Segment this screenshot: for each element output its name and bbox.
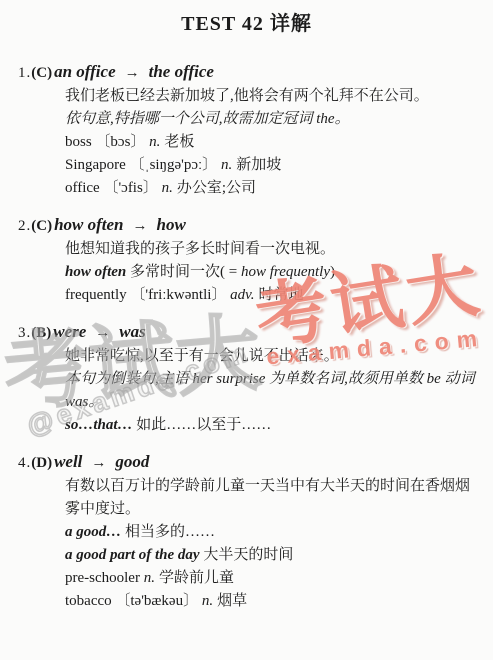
arrow-icon: → [91,455,106,471]
text-segment: 如此……以至于…… [133,417,272,433]
text-segment: so…that… [65,417,133,433]
answer-letter: (B) [31,325,51,341]
explanation-line: office 〔'ɔfis〕 n.办公室;公司 [65,177,477,200]
item-body: 她非常吃惊,以至于有一会儿说不出话来。本句为倒装句,主语 her surpris… [65,345,477,437]
text-segment: a good part of the day [65,547,200,563]
text-segment: 多常时间一次( = [126,264,241,280]
explanation-line: how often 多常时间一次( = how frequently) [65,261,477,284]
explanation-line: a good… 相当多的…… [65,521,477,544]
text-segment: 她非常吃惊,以至于有一会儿说不出话来。 [65,348,339,364]
text-segment: 相当多的…… [121,524,215,540]
item-header: 3.(B)were→was [18,322,477,342]
explanation-line: 依句意,特指哪一个公司,故需加定冠词 the。 [65,108,477,131]
item-number: 4. [18,455,31,471]
explanation-line: a good part of the day 大半天的时间 [65,544,477,567]
text-segment: 学龄前儿童 [159,570,234,586]
text-segment: n. [202,593,213,609]
text-segment: 有数以百万计的学龄前儿童一天当中有大半天的时间在香烟烟雾中度过。 [65,478,470,517]
text-segment: 大半天的时间 [200,547,294,563]
explanation-line: 他想知道我的孩子多长时间看一次电视。 [65,238,477,261]
correct-phrase: the office [149,62,214,81]
correct-phrase: how [157,215,186,234]
arrow-icon: → [125,65,140,81]
text-segment: frequently 〔'friːkwəntli〕 [65,287,230,303]
arrow-icon: → [133,218,148,234]
explanation-line: 有数以百万计的学龄前儿童一天当中有大半天的时间在香烟烟雾中度过。 [65,475,477,521]
explanation-item: 1.(C)an office→the office我们老板已经去新加坡了,他将会… [18,62,477,200]
explanation-list: 1.(C)an office→the office我们老板已经去新加坡了,他将会… [0,36,493,613]
text-segment: 烟草 [217,593,247,609]
text-segment: a good… [65,524,121,540]
text-segment: n. [144,570,155,586]
item-header: 2.(C)how often→how [18,215,477,235]
explanation-line: tobacco 〔tə'bækəu〕 n.烟草 [65,590,477,613]
correct-phrase: was [119,322,145,341]
arrow-icon: → [95,325,110,341]
text-segment: adv. [230,287,254,303]
text-segment: tobacco 〔tə'bækəu〕 [65,593,202,609]
explanation-item: 4.(D)well→good有数以百万计的学龄前儿童一天当中有大半天的时间在香烟… [18,452,477,613]
text-segment: 我们老板已经去新加坡了,他将会有两个礼拜不在公司。 [65,88,429,104]
answer-letter: (D) [31,455,52,471]
text-segment: how often [65,264,126,280]
explanation-line: Singapore 〔ˌsiŋgə'pɔː〕 n.新加坡 [65,154,477,177]
text-segment: 他想知道我的孩子多长时间看一次电视。 [65,241,335,257]
text-segment: ) [330,264,335,280]
item-body: 他想知道我的孩子多长时间看一次电视。how often 多常时间一次( = ho… [65,238,477,307]
explanation-line: frequently 〔'friːkwəntli〕 adv.时常地 [65,284,477,307]
item-number: 3. [18,325,31,341]
text-segment: n. [162,180,173,196]
text-segment: how frequently [241,264,330,280]
explanation-line: so…that… 如此……以至于…… [65,414,477,437]
text-segment: 新加坡 [236,157,281,173]
explanation-item: 3.(B)were→was她非常吃惊,以至于有一会儿说不出话来。本句为倒装句,主… [18,322,477,437]
item-body: 有数以百万计的学龄前儿童一天当中有大半天的时间在香烟烟雾中度过。a good… … [65,475,477,613]
answer-letter: (C) [31,218,52,234]
wrong-phrase: an office [54,62,116,81]
page-title: TEST 42 详解 [0,0,493,36]
explanation-line: 我们老板已经去新加坡了,他将会有两个礼拜不在公司。 [65,85,477,108]
item-number: 1. [18,65,31,81]
document-page: 考试大 @examda.com 考试大 examda.com TEST 42 详… [0,0,493,660]
wrong-phrase: well [54,452,82,471]
explanation-line: 本句为倒装句,主语 her surprise 为单数名词,故须用单数 be 动词… [65,368,477,414]
text-segment: 本句为倒装句,主语 her surprise 为单数名词,故须用单数 be 动词… [65,371,475,410]
item-number: 2. [18,218,31,234]
text-segment: 办公室;公司 [177,180,256,196]
text-segment: n. [149,134,160,150]
text-segment: n. [221,157,232,173]
wrong-phrase: how often [54,215,123,234]
text-segment: boss 〔bɔs〕 [65,134,149,150]
wrong-phrase: were [53,322,86,341]
explanation-item: 2.(C)how often→how他想知道我的孩子多长时间看一次电视。how … [18,215,477,307]
explanation-line: pre-schooler n.学龄前儿童 [65,567,477,590]
explanation-line: 她非常吃惊,以至于有一会儿说不出话来。 [65,345,477,368]
text-segment: Singapore 〔ˌsiŋgə'pɔː〕 [65,157,221,173]
item-header: 4.(D)well→good [18,452,477,472]
item-body: 我们老板已经去新加坡了,他将会有两个礼拜不在公司。依句意,特指哪一个公司,故需加… [65,85,477,200]
item-header: 1.(C)an office→the office [18,62,477,82]
text-segment: 依句意,特指哪一个公司,故需加定冠词 the。 [65,111,350,127]
text-segment: office 〔'ɔfis〕 [65,180,162,196]
correct-phrase: good [115,452,149,471]
answer-letter: (C) [31,65,52,81]
text-segment: pre-schooler [65,570,144,586]
explanation-line: boss 〔bɔs〕 n.老板 [65,131,477,154]
text-segment: 老板 [164,134,194,150]
text-segment: 时常地 [258,287,303,303]
